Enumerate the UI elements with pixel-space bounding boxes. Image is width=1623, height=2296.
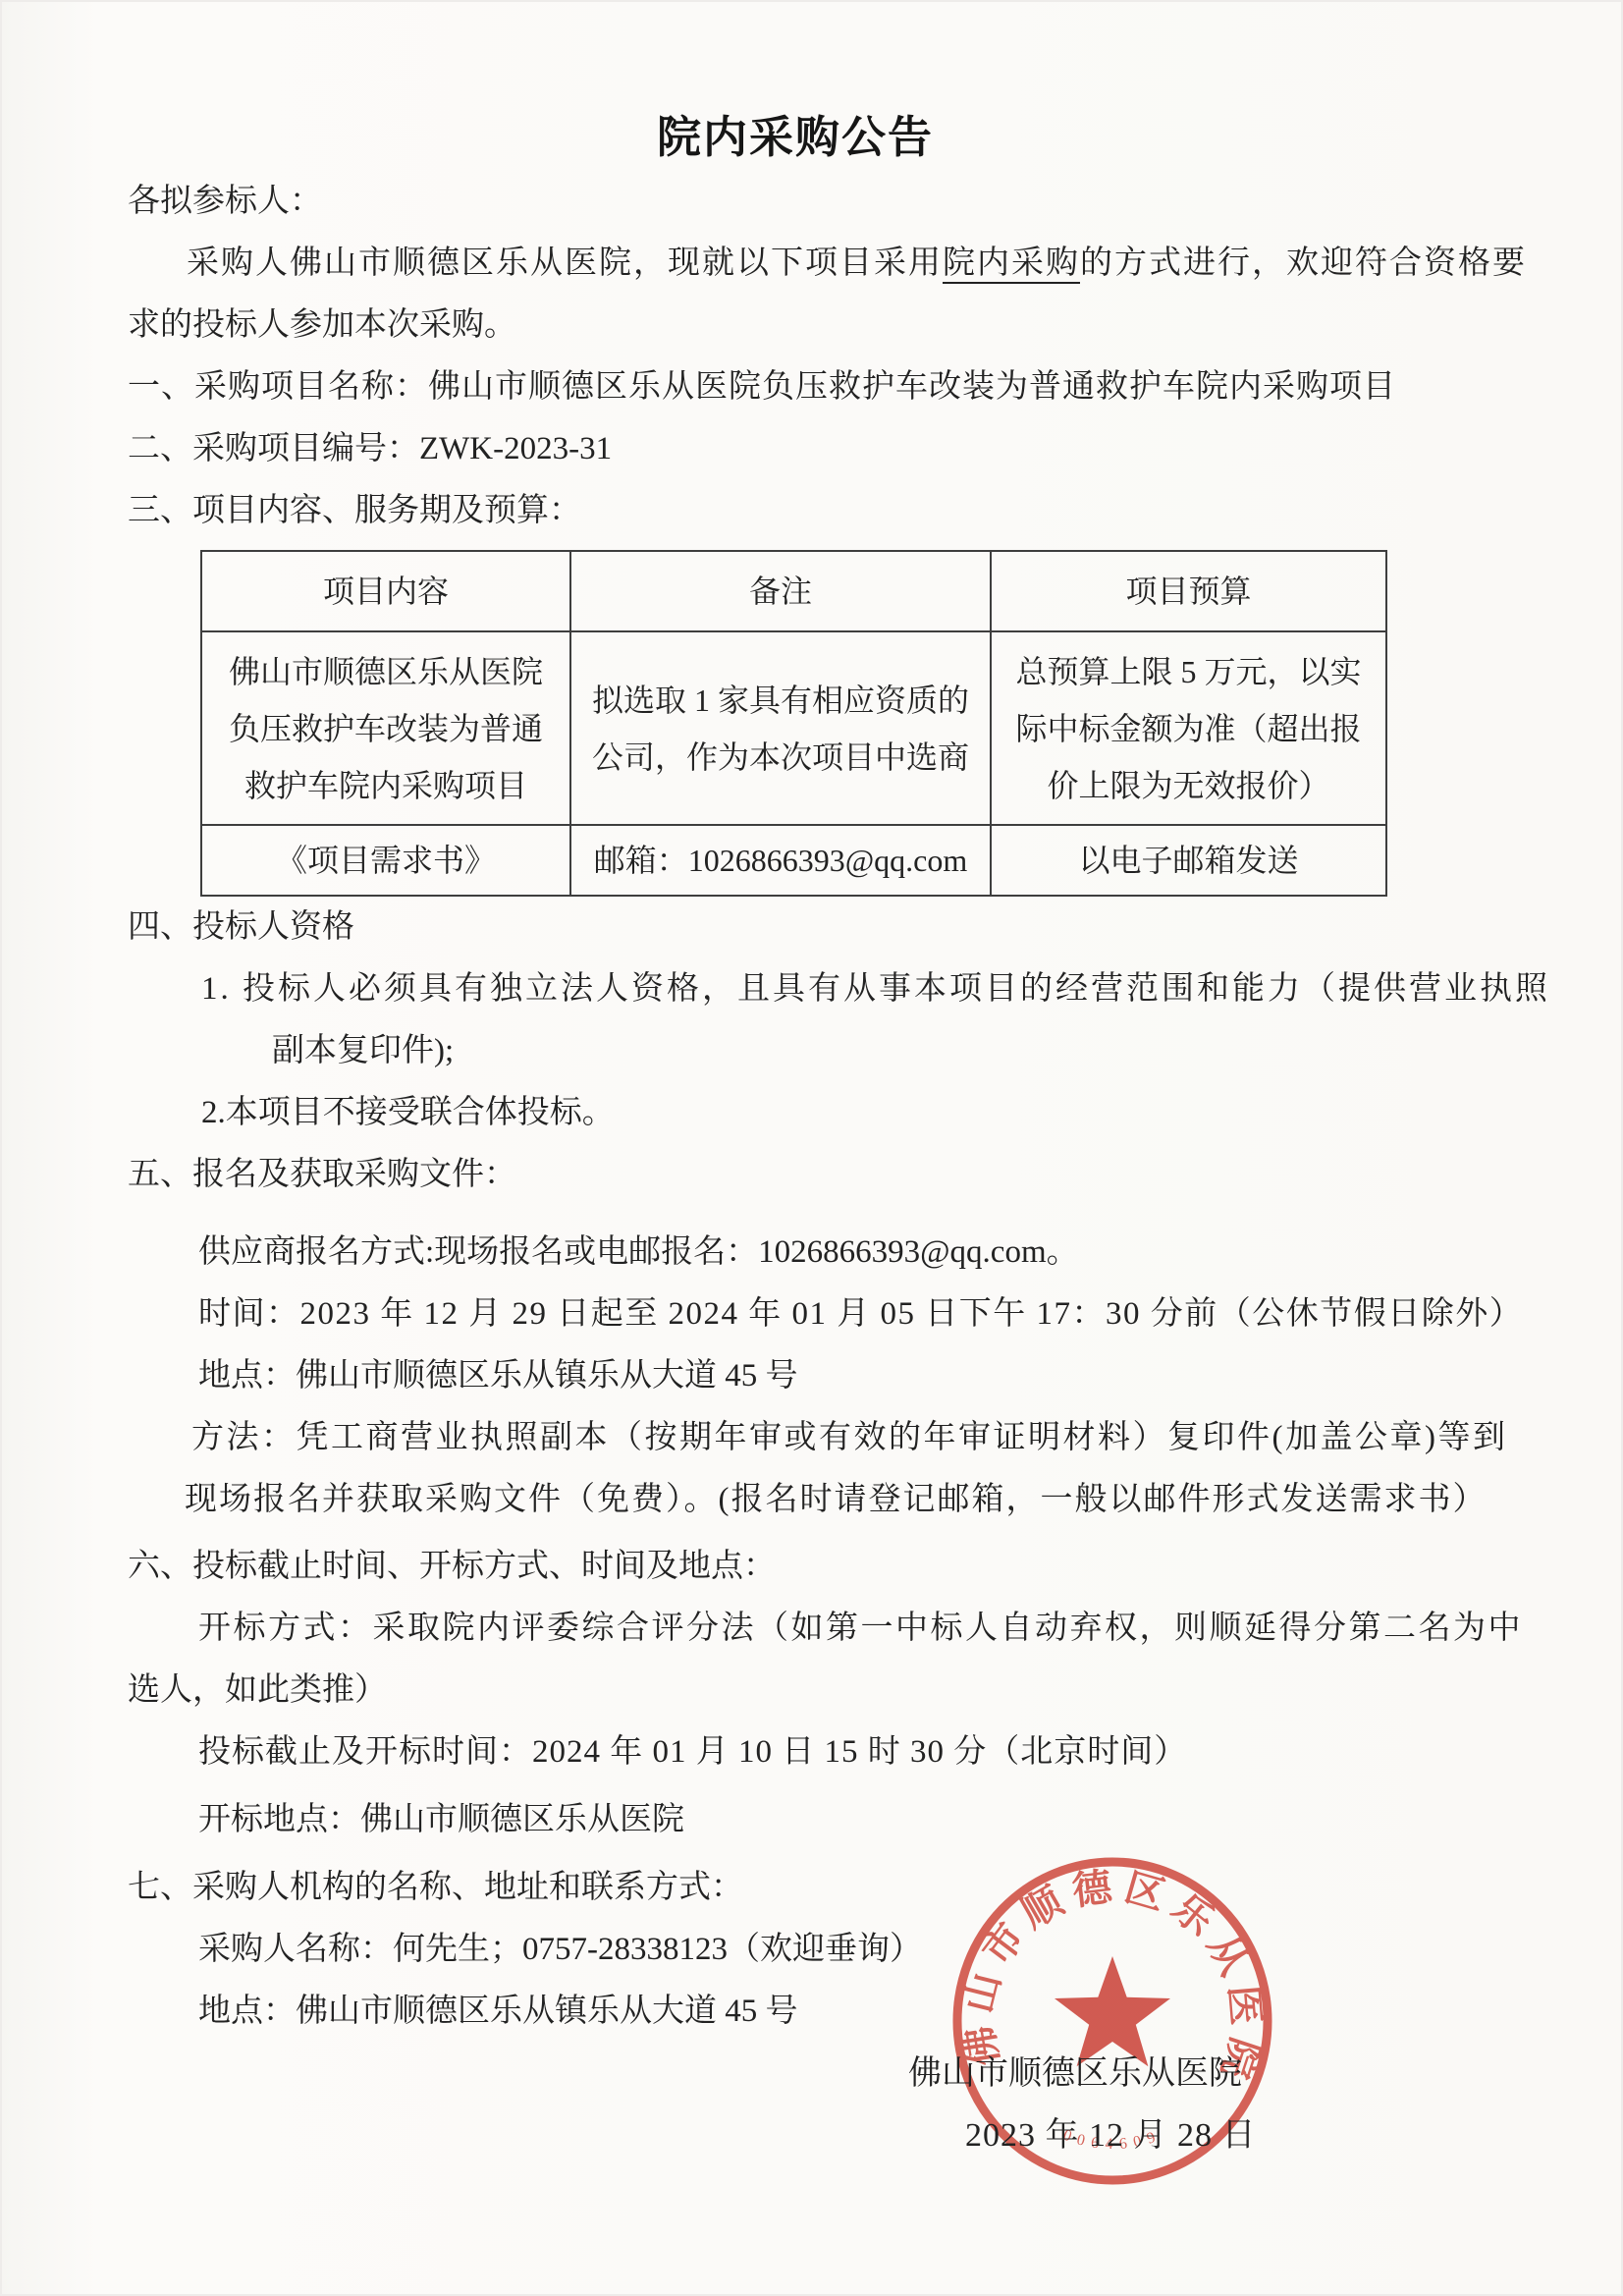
section-2-heading: 二、采购项目编号：ZWK-2023-31 [128, 418, 1502, 480]
document-content: 院内采购公告 各拟参标人： 采购人佛山市顺德区乐从医院，现就以下项目采用院内采购… [0, 0, 1502, 2166]
section-6-deadline-line: 投标截止及开标时间：2024 年 01 月 10 日 15 时 30 分（北京时… [128, 1722, 1502, 1783]
signature-organization: 佛山市顺德区乐从医院 [908, 2043, 1502, 2105]
cell-requirements-doc: 《项目需求书》 [201, 825, 570, 896]
section-5-heading: 五、报名及获取采购文件： [128, 1144, 1502, 1206]
cell-requirements-email: 邮箱：1026866393@qq.com [570, 825, 991, 896]
table-header-row: 项目内容 备注 项目预算 [201, 551, 1386, 631]
procurement-notice-page: 院内采购公告 各拟参标人： 采购人佛山市顺德区乐从医院，现就以下项目采用院内采购… [0, 0, 1623, 2296]
section-7-contact-line: 采购人名称：何先生；0757-28338123（欢迎垂询） [128, 1919, 1502, 1981]
section-6-heading: 六、投标截止时间、开标方式、时间及地点： [128, 1536, 1502, 1598]
page-title: 院内采购公告 [108, 0, 1483, 165]
section-5-time-line: 时间：2023 年 12 月 29 日起至 2024 年 01 月 05 日下午… [128, 1284, 1502, 1345]
intro-line-1: 采购人佛山市顺德区乐从医院，现就以下项目采用院内采购的方式进行，欢迎符合资格要 [128, 233, 1502, 295]
cell-project-content-line: 救护车院内采购项目 [202, 757, 569, 814]
section-4-item-2: 2.本项目不接受联合体投标。 [128, 1082, 1502, 1144]
section-6-opening-method-line-1: 开标方式：采取院内评委综合评分法（如第一中标人自动弃权，则顺延得分第二名为中 [128, 1598, 1502, 1660]
cell-project-content-line: 负压救护车改装为普通 [202, 700, 569, 757]
section-4-item-1-line-1: 1. 投标人必须具有独立法人资格，且具有从事本项目的经营范围和能力（提供营业执照 [128, 958, 1502, 1020]
table-row-requirements: 《项目需求书》 邮箱：1026866393@qq.com 以电子邮箱发送 [201, 825, 1386, 896]
section-4-heading: 四、投标人资格 [128, 897, 1502, 958]
cell-project-budget: 总预算上限 5 万元，以实 际中标金额为准（超出报 价上限为无效报价） [991, 631, 1386, 825]
section-5-registration-line: 供应商报名方式:现场报名或电邮报名：1026866393@qq.com。 [128, 1222, 1502, 1284]
cell-project-budget-line: 际中标金额为准（超出报 [992, 700, 1385, 757]
cell-project-note-line: 拟选取 1 家具有相应资质的 [571, 672, 990, 729]
table-row-project: 佛山市顺德区乐从医院 负压救护车改装为普通 救护车院内采购项目 拟选取 1 家具… [201, 631, 1386, 825]
section-4-item-1-line-2: 副本复印件); [128, 1020, 1502, 1082]
cell-project-budget-line: 总预算上限 5 万元，以实 [992, 643, 1385, 700]
salutation: 各拟参标人： [128, 171, 1502, 233]
table-header-budget: 项目预算 [991, 551, 1386, 631]
section-5-method-line-2: 现场报名并获取采购文件（免费）。(报名时请登记邮箱，一般以邮件形式发送需求书） [128, 1469, 1502, 1531]
intro-underlined-term: 院内采购 [943, 246, 1080, 284]
signature-date: 2023 年 12 月 28 日 [965, 2105, 1502, 2166]
section-5-method-line-1: 方法：凭工商营业执照副本（按期年审或有效的年审证明材料）复印件(加盖公章)等到 [128, 1407, 1502, 1469]
cell-requirements-delivery: 以电子邮箱发送 [991, 825, 1386, 896]
section-7-heading: 七、采购人机构的名称、地址和联系方式： [128, 1857, 1502, 1919]
intro-line-2: 求的投标人参加本次采购。 [128, 295, 1502, 356]
section-6-opening-location-line: 开标地点：佛山市顺德区乐从医院 [128, 1789, 1502, 1851]
section-1-heading: 一、采购项目名称：佛山市顺德区乐从医院负压救护车改装为普通救护车院内采购项目 [128, 356, 1502, 418]
intro-line-1-post: 的方式进行，欢迎符合资格要 [1080, 246, 1527, 281]
section-5-location-line: 地点：佛山市顺德区乐从镇乐从大道 45 号 [128, 1345, 1502, 1407]
cell-project-content: 佛山市顺德区乐从医院 负压救护车改装为普通 救护车院内采购项目 [201, 631, 570, 825]
table-header-note: 备注 [570, 551, 991, 631]
cell-project-budget-line: 价上限为无效报价） [992, 757, 1385, 814]
section-3-heading: 三、项目内容、服务期及预算： [128, 480, 1502, 542]
cell-project-note-line: 公司，作为本次项目中选商 [571, 729, 990, 786]
intro-line-1-pre: 采购人佛山市顺德区乐从医院，现就以下项目采用 [187, 246, 943, 281]
project-info-table: 项目内容 备注 项目预算 佛山市顺德区乐从医院 负压救护车改装为普通 救护车院内… [200, 550, 1387, 897]
section-7-address-line: 地点：佛山市顺德区乐从镇乐从大道 45 号 [128, 1981, 1502, 2043]
cell-project-note: 拟选取 1 家具有相应资质的 公司，作为本次项目中选商 [570, 631, 991, 825]
cell-project-content-line: 佛山市顺德区乐从医院 [202, 643, 569, 700]
table-header-content: 项目内容 [201, 551, 570, 631]
section-6-opening-method-line-2: 选人，如此类推） [128, 1660, 1502, 1722]
